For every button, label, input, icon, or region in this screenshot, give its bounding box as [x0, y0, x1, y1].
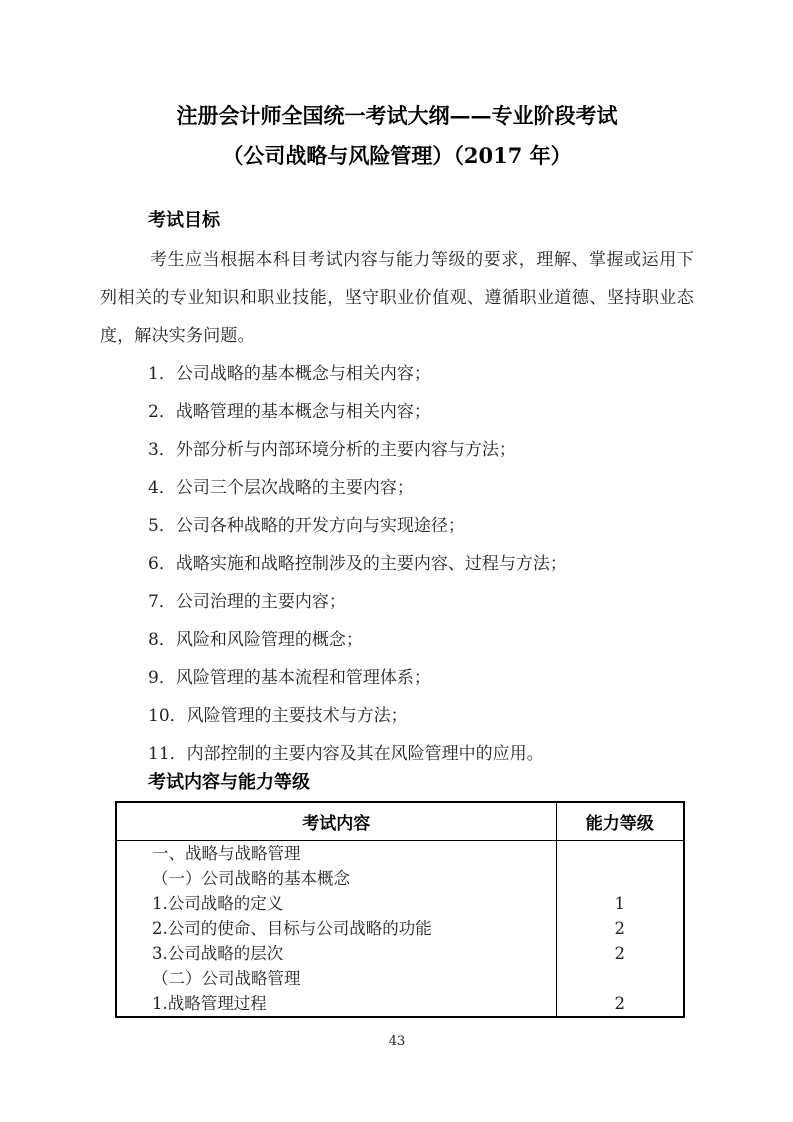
cell-content: 3.公司战略的层次: [116, 941, 556, 966]
objectives-list: 1．公司战略的基本概念与相关内容； 2．战略管理的基本概念与相关内容； 3．外部…: [148, 355, 694, 773]
cell-level: 2: [556, 916, 684, 941]
document-title: 注册会计师全国统一考试大纲——专业阶段考试 （公司战略与风险管理）（2017 年…: [100, 96, 694, 176]
objective-item-6: 6．战略实施和战略控制涉及的主要内容、过程与方法；: [148, 545, 694, 583]
cell-content: （二）公司战略管理: [116, 966, 556, 991]
table-row: （二）公司战略管理: [116, 966, 684, 991]
document-page: 注册会计师全国统一考试大纲——专业阶段考试 （公司战略与风险管理）（2017 年…: [0, 0, 793, 1122]
cell-level: [556, 840, 684, 866]
table-row: 一、战略与战略管理: [116, 840, 684, 866]
cell-content: （一）公司战略的基本概念: [116, 866, 556, 891]
exam-content-table: 考试内容 能力等级 一、战略与战略管理 （一）公司战略的基本概念 1.公司战略的…: [115, 801, 685, 1018]
column-header-exam-content: 考试内容: [116, 802, 556, 840]
objective-item-5: 5．公司各种战略的开发方向与实现途径；: [148, 507, 694, 545]
cell-level: 1: [556, 891, 684, 916]
page-number: 43: [100, 1034, 694, 1049]
objective-item-11: 11．内部控制的主要内容及其在风险管理中的应用。: [148, 735, 694, 773]
cell-level: [556, 866, 684, 891]
objective-item-10: 10．风险管理的主要技术与方法；: [148, 697, 694, 735]
title-line-1: 注册会计师全国统一考试大纲——专业阶段考试: [100, 96, 694, 136]
exam-content-heading: 考试内容与能力等级: [148, 773, 694, 793]
cell-content: 一、战略与战略管理: [116, 840, 556, 866]
objective-item-7: 7．公司治理的主要内容；: [148, 583, 694, 621]
table-row: 2.公司的使命、目标与公司战略的功能 2: [116, 916, 684, 941]
cell-content: 2.公司的使命、目标与公司战略的功能: [116, 916, 556, 941]
cell-content: 1.公司战略的定义: [116, 891, 556, 916]
objective-item-3: 3．外部分析与内部环境分析的主要内容与方法；: [148, 431, 694, 469]
objective-item-2: 2．战略管理的基本概念与相关内容；: [148, 393, 694, 431]
exam-objectives-intro: 考生应当根据本科目考试内容与能力等级的要求，理解、掌握或运用下列相关的专业知识和…: [100, 241, 694, 355]
page-content: 注册会计师全国统一考试大纲——专业阶段考试 （公司战略与风险管理）（2017 年…: [0, 0, 793, 1049]
table-header-row: 考试内容 能力等级: [116, 802, 684, 840]
table-row: 1.公司战略的定义 1: [116, 891, 684, 916]
table-row: 1.战略管理过程 2: [116, 991, 684, 1017]
cell-level: 2: [556, 991, 684, 1017]
table-row: 3.公司战略的层次 2: [116, 941, 684, 966]
objective-item-9: 9．风险管理的基本流程和管理体系；: [148, 659, 694, 697]
cell-level: 2: [556, 941, 684, 966]
cell-content: 1.战略管理过程: [116, 991, 556, 1017]
objective-item-8: 8．风险和风险管理的概念；: [148, 621, 694, 659]
objective-item-1: 1．公司战略的基本概念与相关内容；: [148, 355, 694, 393]
exam-objectives-heading: 考试目标: [148, 211, 694, 231]
cell-level: [556, 966, 684, 991]
title-line-2: （公司战略与风险管理）（2017 年）: [100, 136, 694, 176]
table-row: （一）公司战略的基本概念: [116, 866, 684, 891]
column-header-ability-level: 能力等级: [556, 802, 684, 840]
objective-item-4: 4．公司三个层次战略的主要内容；: [148, 469, 694, 507]
